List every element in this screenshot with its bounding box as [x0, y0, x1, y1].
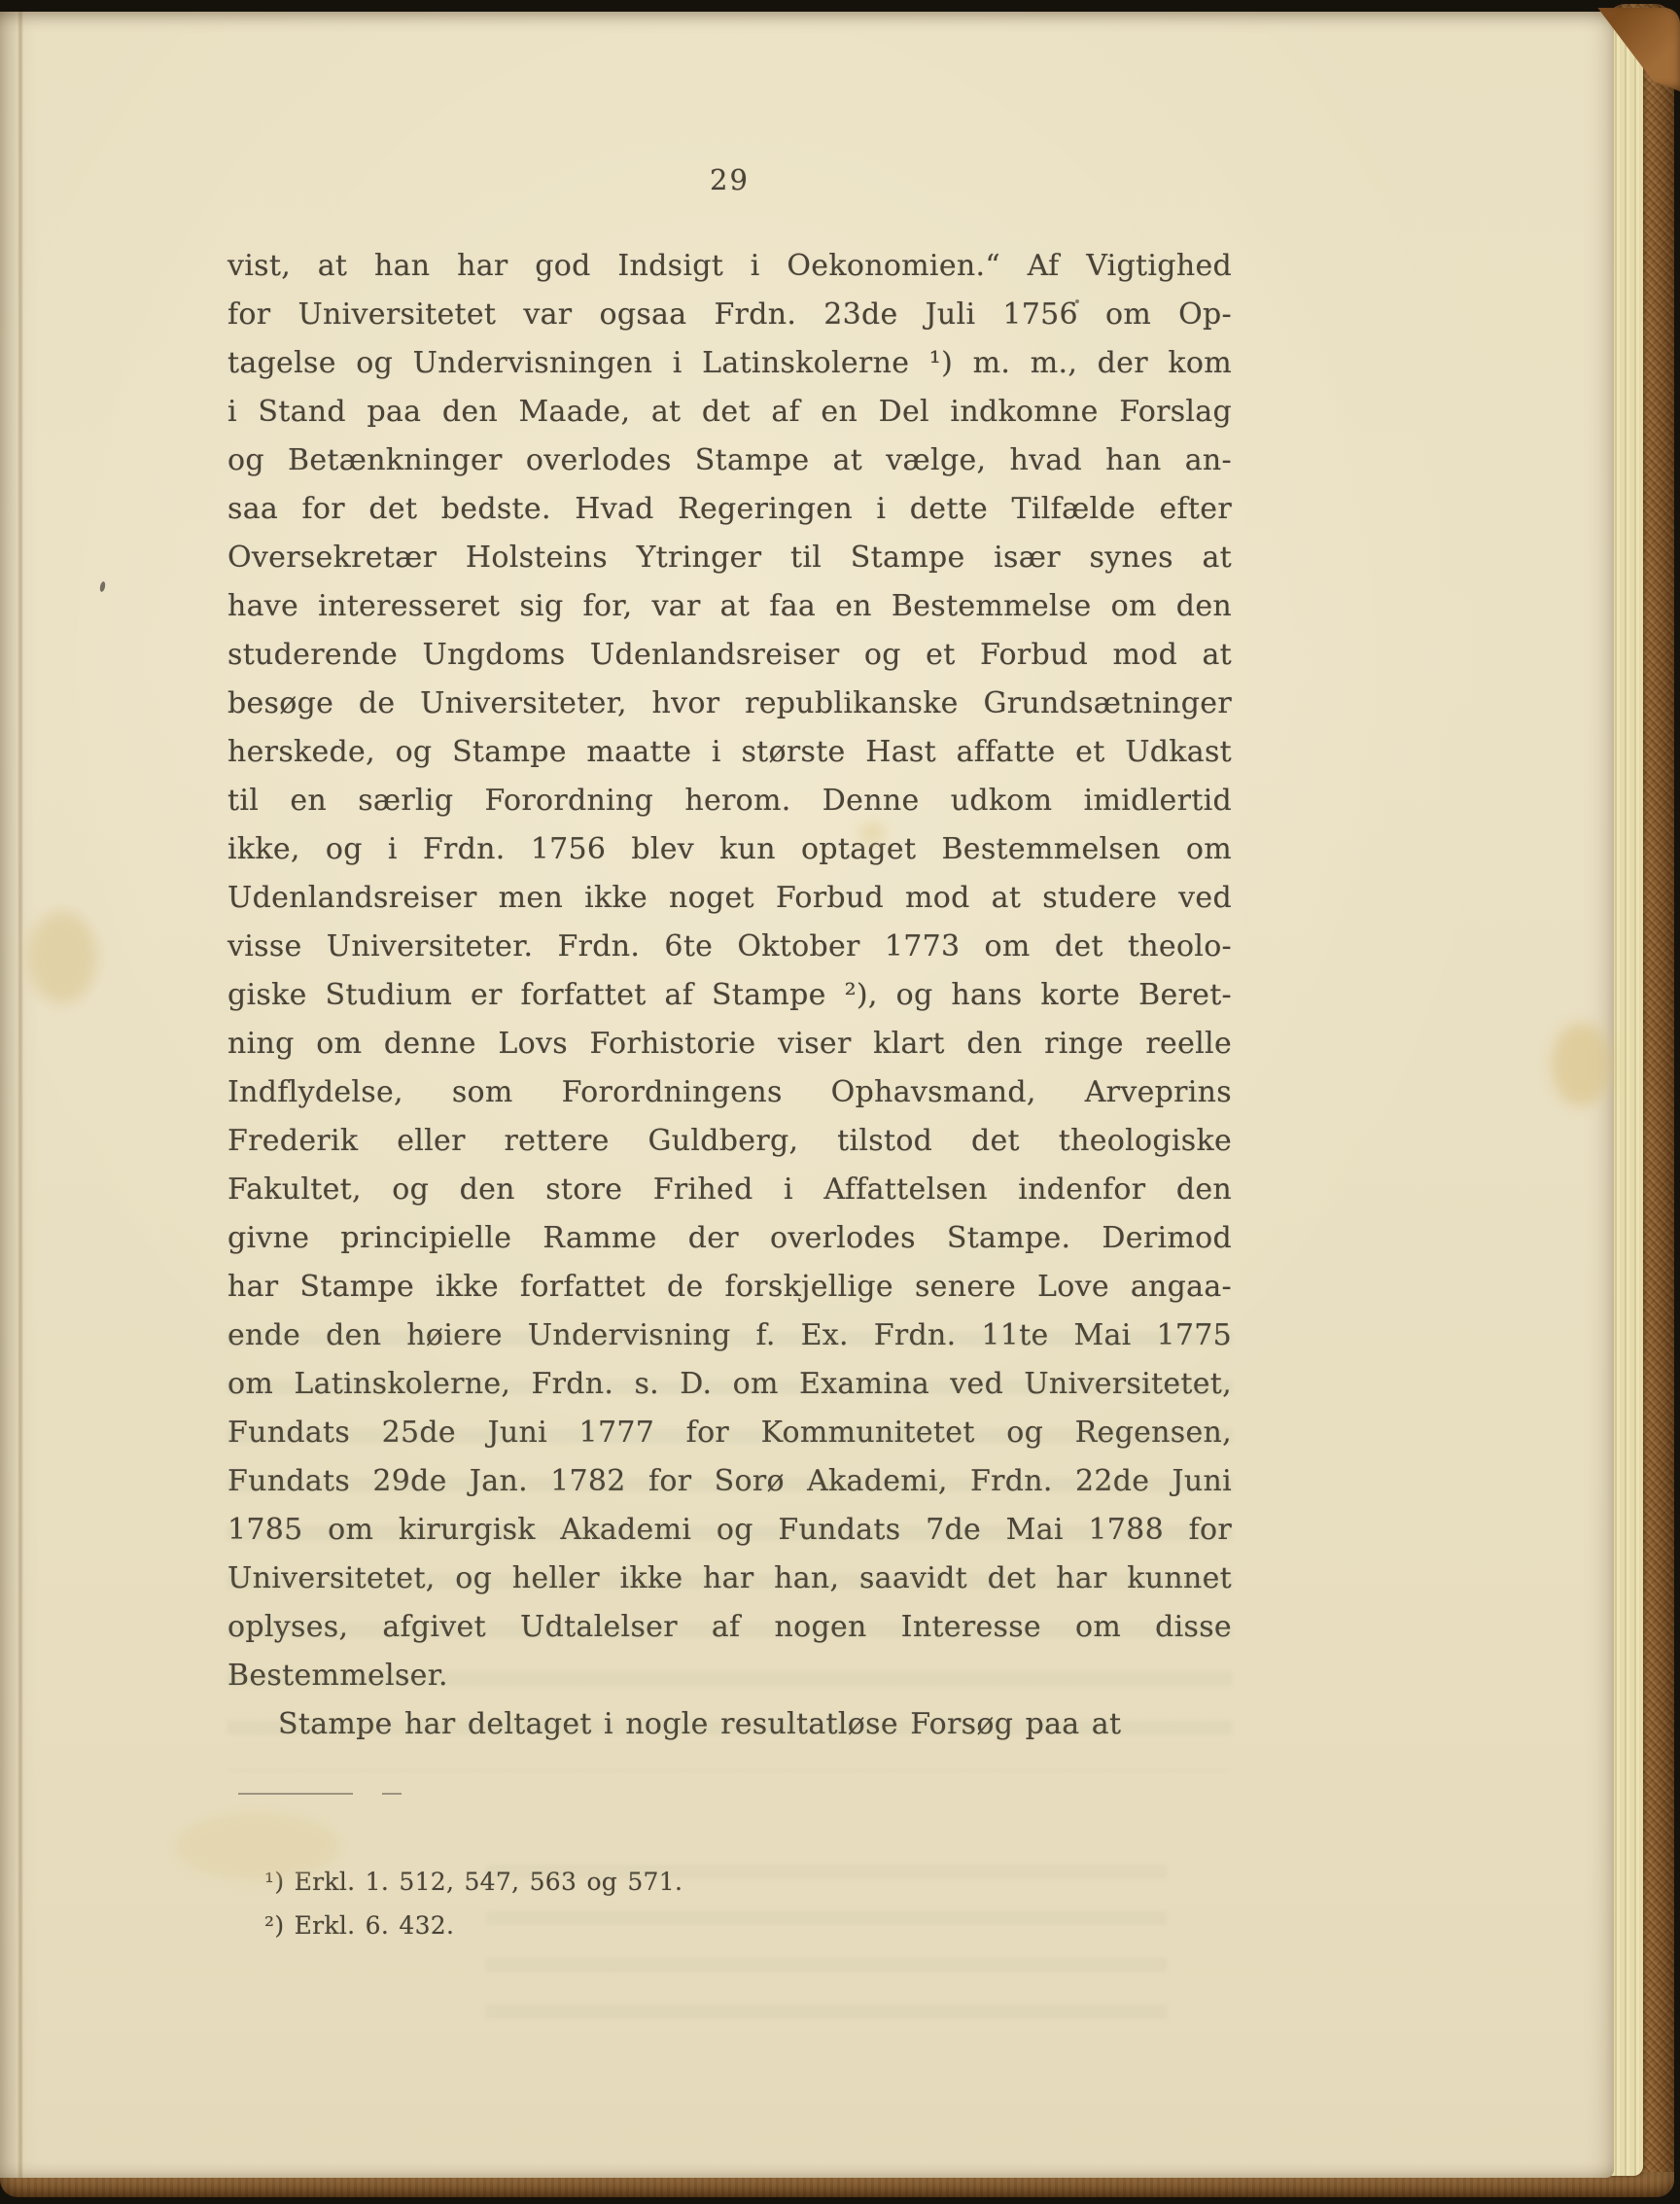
footnote-line: ¹) Erkl. 1. 512, 547, 563 og 571.	[264, 1860, 1003, 1904]
text-line: giske Studium er forfattet af Stampe ²),…	[227, 971, 1232, 1020]
ink-speck	[99, 581, 106, 593]
text-line: Oversekretær Holsteins Ytringer til Stam…	[227, 534, 1232, 582]
text-line: Fundats 29de Jan. 1782 for Sorø Akademi,…	[227, 1457, 1232, 1506]
text-line: besøge de Universiteter, hvor republikan…	[227, 680, 1232, 728]
text-line: Universitetet, og heller ikke har han, s…	[227, 1555, 1232, 1603]
book-page: 29 vist, at han har god Indsigt i Oekono…	[0, 12, 1614, 2178]
text-line: om Latinskolerne, Frdn. s. D. om Examina…	[227, 1360, 1232, 1409]
text-line: ning om denne Lovs Forhistorie viser kla…	[227, 1020, 1232, 1068]
book-scan-photo: 29 vist, at han har god Indsigt i Oekono…	[0, 0, 1680, 2204]
text-line: vist, at han har god Indsigt i Oekonomie…	[227, 242, 1232, 291]
text-line: ikke, og i Frdn. 1756 blev kun optaget B…	[227, 825, 1232, 874]
text-line: til en særlig Forordning herom. Denne ud…	[227, 777, 1232, 825]
text-line: saa for det bedste. Hvad Regeringen i de…	[227, 485, 1232, 534]
text-line: og Betænkninger overlodes Stampe at vælg…	[227, 437, 1232, 485]
text-line: Indflydelse, som Forordningens Ophavsman…	[227, 1068, 1232, 1117]
text-line: Bestemmelser.	[227, 1652, 1232, 1700]
footnote-line: ²) Erkl. 6. 432.	[264, 1904, 1003, 1947]
text-line: visse Universiteter. Frdn. 6te Oktober 1…	[227, 923, 1232, 971]
text-line: Frederik eller rettere Guldberg, tilstod…	[227, 1117, 1232, 1166]
page-number: 29	[227, 163, 1232, 196]
text-line: ende den høiere Undervisning f. Ex. Frdn…	[227, 1312, 1232, 1360]
text-line: 1785 om kirurgisk Akademi og Fundats 7de…	[227, 1506, 1232, 1555]
footnote-separator-rule	[238, 1793, 402, 1795]
text-line: oplyses, afgivet Udtalelser af nogen Int…	[227, 1603, 1232, 1652]
text-line: have interesseret sig for, var at faa en…	[227, 582, 1232, 631]
text-line: i Stand paa den Maade, at det af en Del …	[227, 388, 1232, 437]
text-line: Fakultet, og den store Frihed i Affattel…	[227, 1166, 1232, 1214]
text-line: tagelse og Undervisningen i Latinskolern…	[227, 339, 1232, 388]
text-line: Fundats 25de Juni 1777 for Kommunitetet …	[227, 1409, 1232, 1457]
text-line: Udenlandsreiser men ikke noget Forbud mo…	[227, 874, 1232, 923]
text-line: herskede, og Stampe maatte i største Has…	[227, 728, 1232, 777]
paper-stain	[1552, 1023, 1612, 1106]
text-line: studerende Ungdoms Udenlandsreiser og et…	[227, 631, 1232, 680]
text-line: for Universitetet var ogsaa Frdn. 23de J…	[227, 291, 1232, 339]
text-line: har Stampe ikke forfattet de forskjellig…	[227, 1263, 1232, 1312]
footnotes: ¹) Erkl. 1. 512, 547, 563 og 571.²) Erkl…	[264, 1860, 1003, 1947]
paper-stain	[27, 911, 97, 1003]
body-text: vist, at han har god Indsigt i Oekonomie…	[227, 242, 1232, 1749]
text-line: Stampe har deltaget i nogle resultatløse…	[227, 1700, 1232, 1749]
text-line: givne principielle Ramme der overlodes S…	[227, 1214, 1232, 1263]
